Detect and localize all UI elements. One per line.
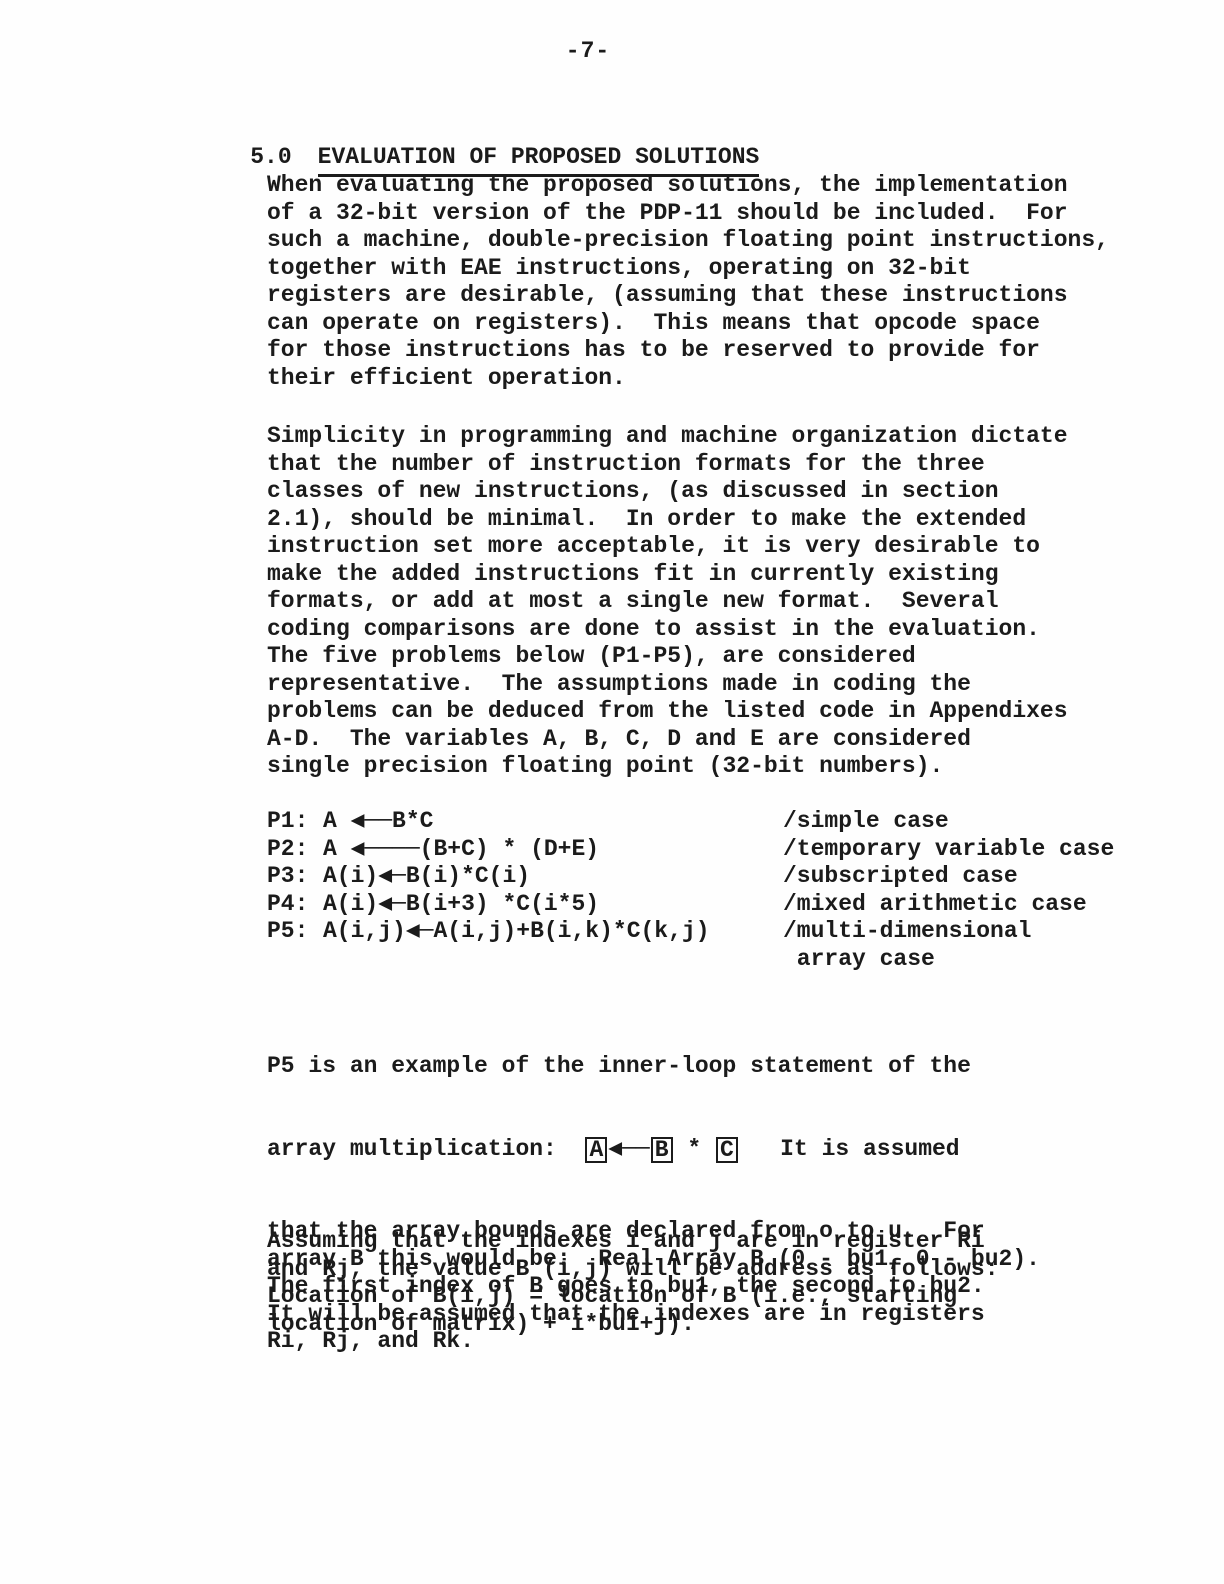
problem-label: P4:	[267, 891, 323, 919]
problem-comment: /mixed arithmetic case	[783, 891, 1087, 919]
paragraph-evaluation: When evaluating the proposed solutions, …	[267, 172, 1109, 392]
page-number: -7-	[0, 38, 1176, 66]
problem-label: P2:	[267, 836, 323, 864]
problem-comment: /temporary variable case	[783, 836, 1114, 864]
problem-expression: A(i)◀─B(i+3) *C(i*5)	[323, 891, 783, 919]
multiply-sign: *	[674, 1136, 715, 1162]
problem-expression: A(i,j)◀─A(i,j)+B(i,k)*C(k,j)	[323, 918, 783, 946]
problem-expression: A ◀──B*C	[323, 808, 783, 836]
p5-line2-suffix: It is assumed	[739, 1136, 960, 1162]
problem-expression: A(i)◀─B(i)*C(i)	[323, 863, 783, 891]
problem-row-p1: P1: A ◀──B*C /simple case	[267, 808, 1114, 836]
boxed-b: B	[651, 1137, 673, 1163]
problem-list: P1: A ◀──B*C /simple case P2: A ◀────(B+…	[267, 808, 1114, 973]
problem-comment: /multi-dimensional array case	[783, 918, 1031, 973]
problem-row-p2: P2: A ◀────(B+C) * (D+E) /temporary vari…	[267, 836, 1114, 864]
problem-row-p5: P5: A(i,j)◀─A(i,j)+B(i,k)*C(k,j) /multi-…	[267, 918, 1114, 973]
section-number: 5.0	[250, 144, 291, 170]
problem-comment: /subscripted case	[783, 863, 1018, 891]
problem-row-p4: P4: A(i)◀─B(i+3) *C(i*5) /mixed arithmet…	[267, 891, 1114, 919]
p5-example-line2: array multiplication: A◀──B * C It is as…	[267, 1136, 1040, 1164]
paragraph-p5-example: P5 is an example of the inner-loop state…	[267, 998, 1040, 1411]
problem-label: P3:	[267, 863, 323, 891]
paragraph-simplicity: Simplicity in programming and machine or…	[267, 423, 1068, 781]
left-arrow-glyph: ◀──	[608, 1136, 649, 1162]
problem-label: P1:	[267, 808, 323, 836]
boxed-a: A	[585, 1137, 607, 1163]
problem-row-p3: P3: A(i)◀─B(i)*C(i) /subscripted case	[267, 863, 1114, 891]
problem-expression: A ◀────(B+C) * (D+E)	[323, 836, 783, 864]
document-page: -7- 5.0EVALUATION OF PROPOSED SOLUTIONS …	[0, 0, 1224, 1584]
problem-comment: /simple case	[783, 808, 949, 836]
boxed-c: C	[716, 1137, 738, 1163]
paragraph-addressing: Assuming that the indexes i and j are in…	[267, 1228, 999, 1338]
p5-example-line1: P5 is an example of the inner-loop state…	[267, 1053, 1040, 1081]
problem-label: P5:	[267, 918, 323, 946]
p5-line2-prefix: array multiplication:	[267, 1136, 584, 1162]
